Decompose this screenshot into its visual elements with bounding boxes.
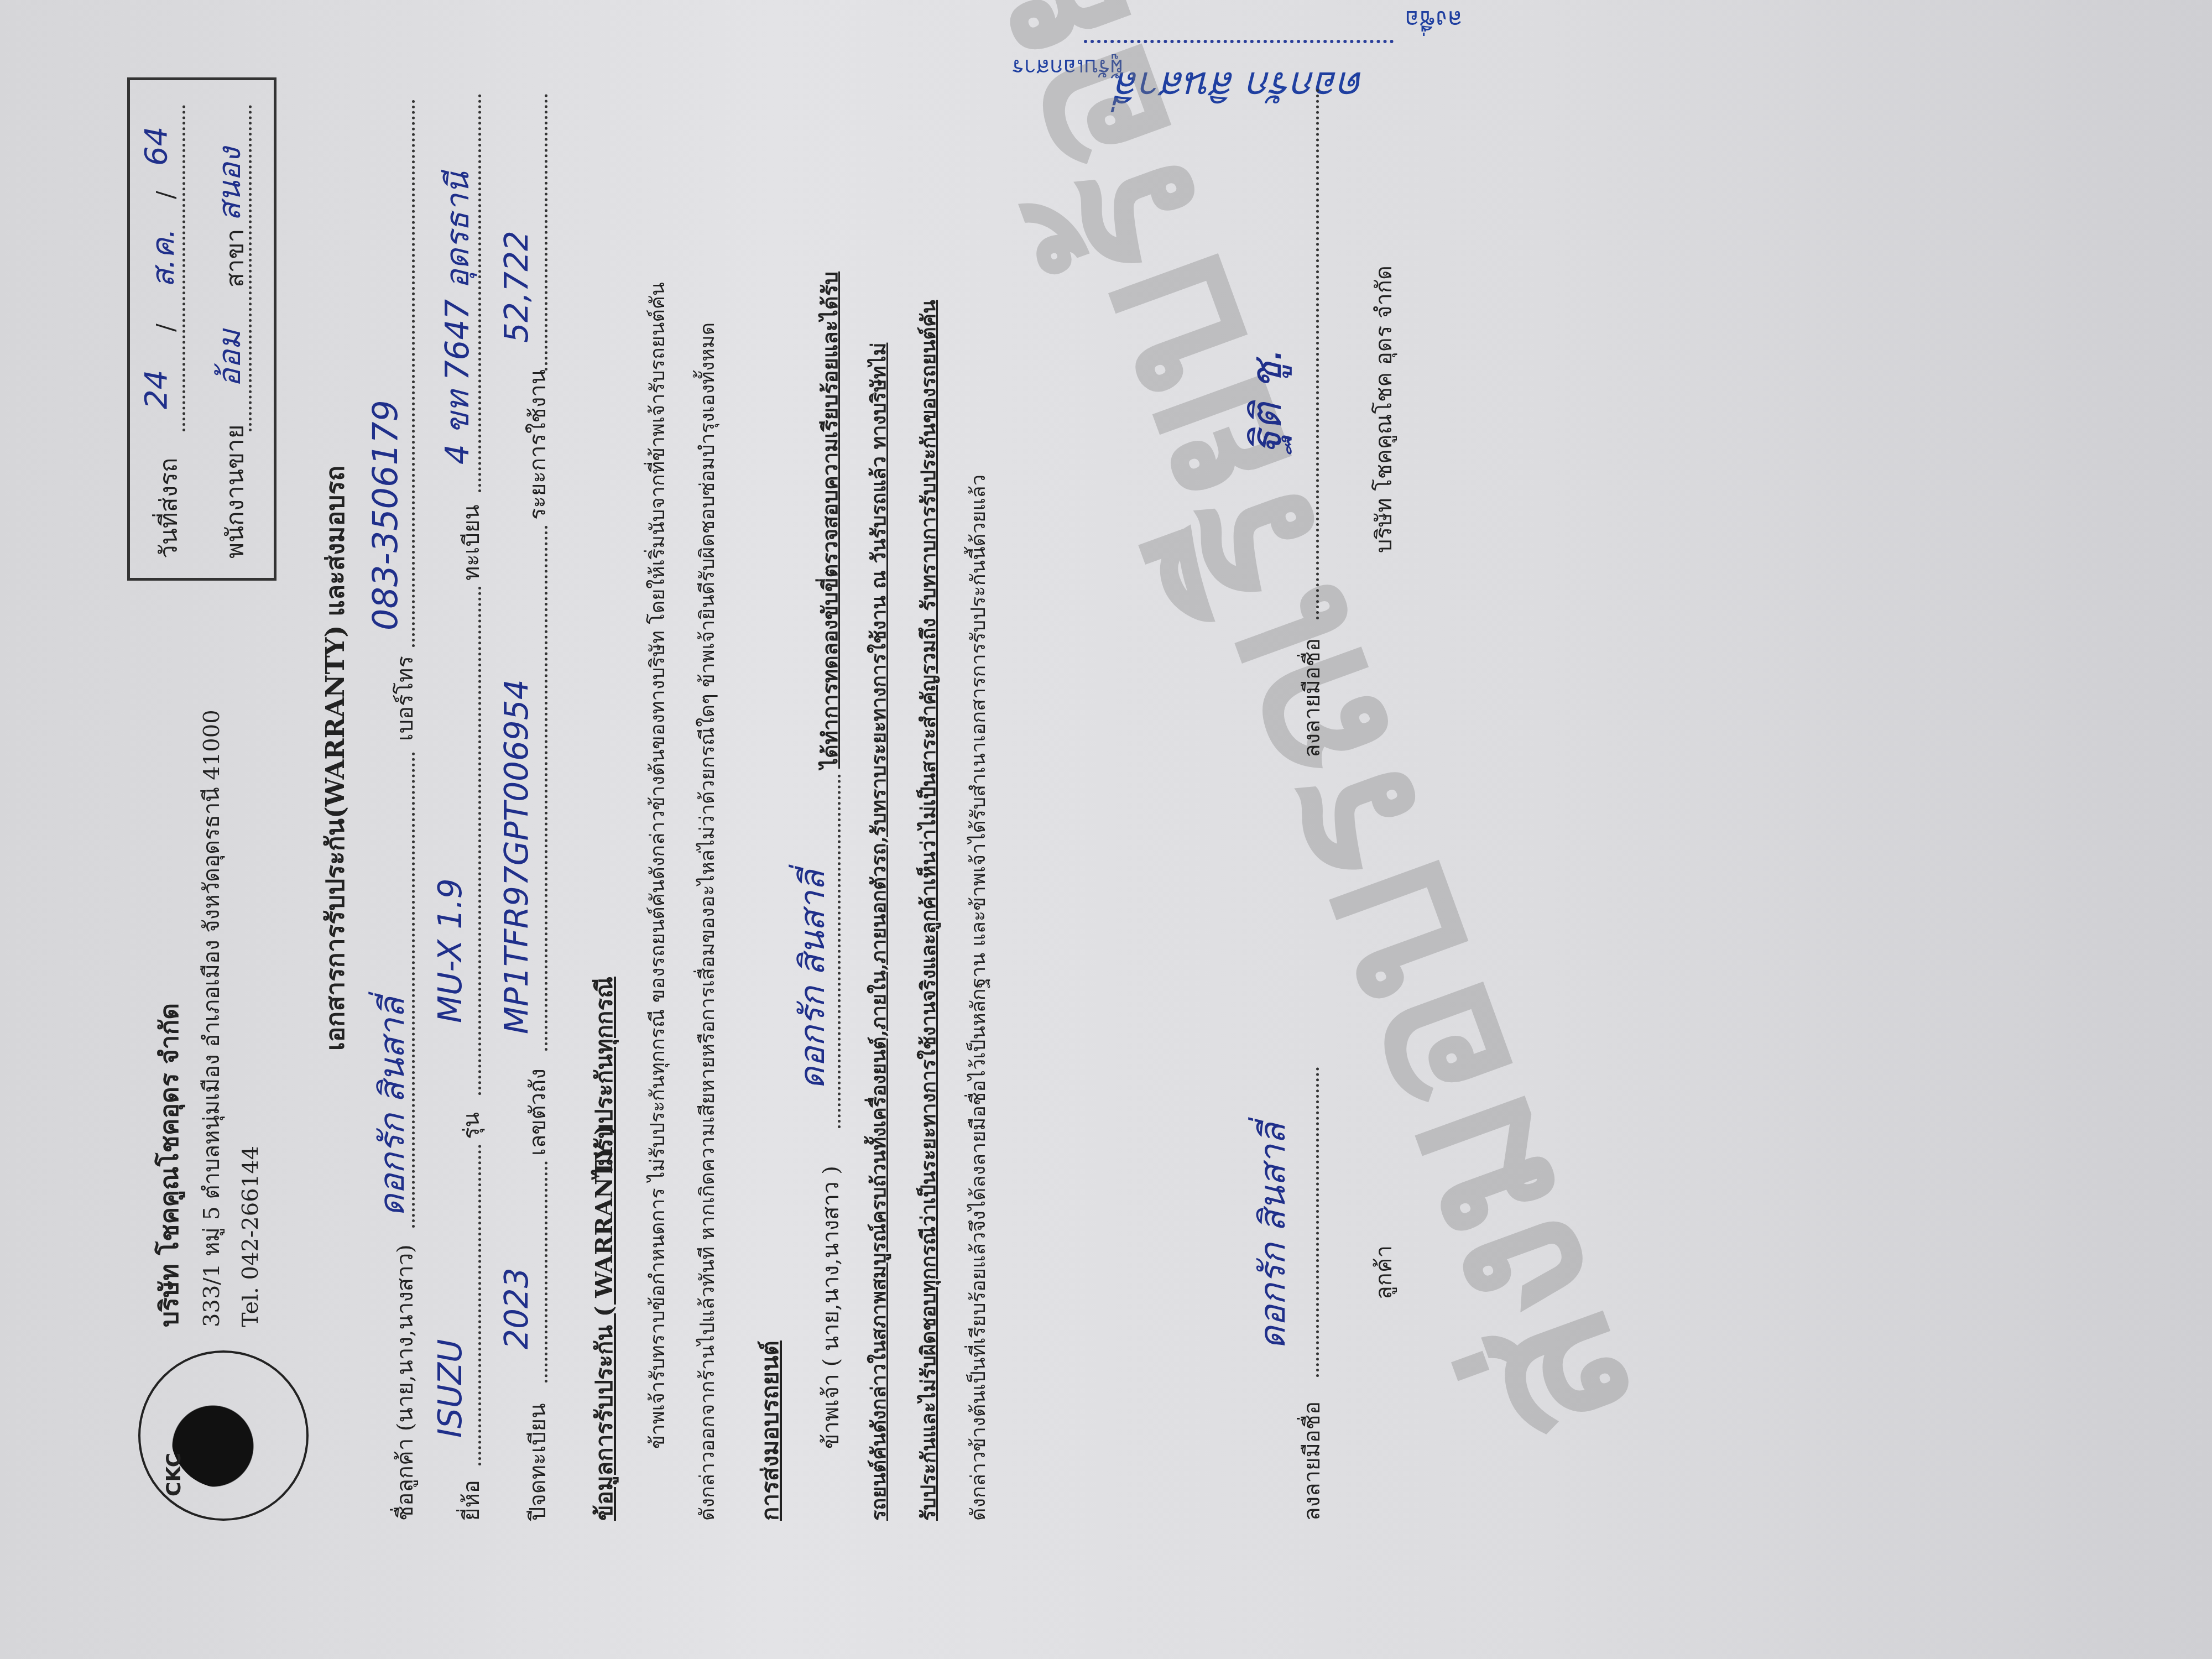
customer-phone[interactable]: 083-3506179 [365, 400, 405, 630]
mileage-line [545, 94, 547, 371]
plate-line [478, 94, 481, 492]
company-sign-name: บริษัท โชคคูณโชค อุดร จำกัด [1366, 265, 1401, 553]
customer-name[interactable]: ดอกรัก สินสาลี่ [365, 998, 419, 1217]
delivery-month[interactable]: ส.ค. [138, 228, 187, 288]
delivery-day[interactable]: 24 [138, 370, 174, 409]
sales-line [249, 105, 252, 431]
model-line [478, 586, 481, 1095]
company-logo: CKC [138, 1350, 309, 1521]
customer-role: ลูกค้า [1366, 1245, 1401, 1300]
vehicle-year[interactable]: 2023 [498, 1267, 535, 1349]
company-tel: Tel. 042-266144 [238, 1146, 263, 1327]
vehicle-plate[interactable]: 4 ขท 7647 อุดรธานี [431, 172, 483, 465]
company-address: 333/1 หมู่ 5 ตำบลหนุ่มเมือง อำเภอเมือง จ… [194, 709, 229, 1327]
date-separator: / [152, 191, 180, 199]
sales-label: พนักงานขาย [216, 424, 254, 559]
plate-label: ทะเบียน [453, 504, 489, 581]
warranty-paragraph-1: ข้าพเจ้ารับทราบข้อกำหนดการ ไม่รับประกันท… [641, 282, 673, 1449]
vehicle-model[interactable]: MU-X 1.9 [431, 878, 469, 1023]
warranty-paragraph-2: ดังกล่าวออกจากร้านไปแล้วทันที หากเกิดควา… [691, 322, 723, 1521]
branch-name[interactable]: สนอง [205, 148, 254, 221]
warranty-document: ส่งมอบรถเรียบร้อยแล้ว CKC บริษัท โชคคูณโ… [0, 0, 2212, 1659]
company-sign-label: ลงลายมือชื่อ [1294, 638, 1329, 758]
vehicle-chassis[interactable]: MP1TFR97GPT006954 [498, 679, 535, 1034]
warranty-heading: ข้อมูลการรับประกัน ( WARRANTY ) [586, 1124, 623, 1521]
delivery-year[interactable]: 64 [138, 127, 174, 166]
warranty-status: ไม่รับประกันทุกกรณี [586, 977, 623, 1178]
document-title: เอกสารการรับประกัน(WARRANTY) และส่งมอบรถ [315, 466, 356, 1051]
year-label: ปีจดทะเบียน [520, 1404, 555, 1521]
customer-sign-line [1316, 1067, 1319, 1377]
customer-signature[interactable]: ดอกรัก สินสาลี่ [1244, 1123, 1301, 1349]
company-sign-line [1316, 88, 1319, 619]
brand-label: ยี่ห้อ [453, 1480, 489, 1521]
delivery-date-label: วันที่ส่งรถ [149, 458, 188, 559]
date-line [182, 105, 185, 431]
handover-prefix: ข้าพเจ้า ( นาย,นาง,นางสาว ) [813, 1166, 848, 1449]
logo-emblem-icon [171, 1383, 276, 1488]
brand-line [478, 1145, 481, 1465]
chassis-line [545, 525, 547, 1051]
date-separator: / [152, 324, 180, 332]
handover-heading: การส่งมอบรถยนต์ [752, 1340, 789, 1521]
chassis-label: เลขตัวถัง [520, 1068, 555, 1156]
mileage-label: ระยะการใช้งาน [520, 369, 555, 520]
handover-line-2: รถยนต์คันดังกล่าวในสภาพสมบูรณ์ครบถ้วนทั้… [863, 343, 894, 1521]
vehicle-mileage[interactable]: 52,722 [498, 231, 535, 343]
receiver-line [838, 774, 841, 1128]
year-line [545, 1161, 547, 1383]
handover-line-3: รับประกันและไม่รับผิดชอบทุกกรณีว่าเป็นระ… [912, 300, 944, 1521]
handover-line-4: ดังกล่าวข้างต้นเป็นที่เรียบร้อยแล้วจึงได… [962, 474, 994, 1521]
phone-label: เบอร์โทร [387, 656, 422, 741]
handover-line-1: ได้ทำการทดลองขับขี่ตรวจสอบความเรียบร้อยแ… [813, 272, 847, 769]
model-label: รุ่น [453, 1112, 489, 1139]
customer-name-label: ชื่อลูกค้า (นาย,นาง,นางสาว) [387, 1244, 422, 1521]
logo-text: CKC [163, 1453, 185, 1496]
vehicle-brand[interactable]: ISUZU [431, 1339, 469, 1438]
customer-name-line [412, 752, 415, 1228]
customer-sign-label: ลงลายมือชื่อ [1294, 1401, 1329, 1521]
company-signature[interactable]: ฐิติ ชู. [1233, 348, 1300, 453]
receiver-name[interactable]: ดอกรัก สินสาลี่ [785, 870, 839, 1089]
sales-name[interactable]: อ้อม [205, 330, 254, 387]
phone-line [412, 100, 415, 647]
watermark-stamp: ส่งมอบรถเรียบร้อยแล้ว [755, 0, 1718, 1489]
company-name: บริษัท โชคคูณโชคอุดร จำกัด [149, 1003, 190, 1327]
